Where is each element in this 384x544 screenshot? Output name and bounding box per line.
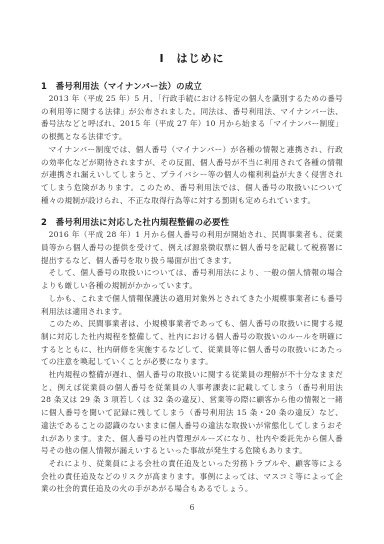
section-2: 2 番号利用法に対応した社内規程整備の必要性 2016 年（平成 28 年）1 … bbox=[41, 216, 343, 496]
page-number: 6 bbox=[0, 503, 384, 512]
section-2-heading: 2 番号利用法に対応した社内規程整備の必要性 bbox=[41, 216, 343, 228]
section-1-paragraph-2: マイナンバー制度では、個人番号（マイナンバー）が各種の情報と連携され、行政の効率… bbox=[41, 144, 343, 208]
section-1: 1 番号利用法（マイナンバー法）の成立 2013 年（平成 25 年）5 月、「… bbox=[41, 80, 343, 207]
page-content: Ⅰ はじめに 1 番号利用法（マイナンバー法）の成立 2013 年（平成 25 … bbox=[41, 52, 343, 496]
chapter-title: Ⅰ はじめに bbox=[41, 52, 343, 66]
document-page: Ⅰ はじめに 1 番号利用法（マイナンバー法）の成立 2013 年（平成 25 … bbox=[0, 0, 384, 544]
section-2-paragraph-1: 2016 年（平成 28 年）1 月から個人番号の利用が開始され、民間事業者も、… bbox=[41, 229, 343, 267]
section-1-heading: 1 番号利用法（マイナンバー法）の成立 bbox=[41, 80, 343, 92]
section-2-paragraph-5: 社内規程の整備が遅れ、個人番号の取扱いに関する従業員の理解が不十分なままだと、例… bbox=[41, 369, 343, 458]
section-2-paragraph-2: そして、個人番号の取扱いについては、番号利用法により、一般の個人情報の場合よりも… bbox=[41, 267, 343, 292]
section-2-paragraph-4: このため、民間事業者は、小規模事業者であっても、個人番号の取扱いに関する規制に対… bbox=[41, 318, 343, 369]
section-2-paragraph-6: それにより、従業員による会社の責任追及といった労務トラブルや、顧客等による会社の… bbox=[41, 458, 343, 496]
section-1-paragraph-1: 2013 年（平成 25 年）5 月、「行政手続における特定の個人を識別するため… bbox=[41, 93, 343, 144]
section-2-paragraph-3: しかも、これまで個人情報保護法の適用対象外とされてきた小規模事業者にも番号利用法… bbox=[41, 293, 343, 318]
